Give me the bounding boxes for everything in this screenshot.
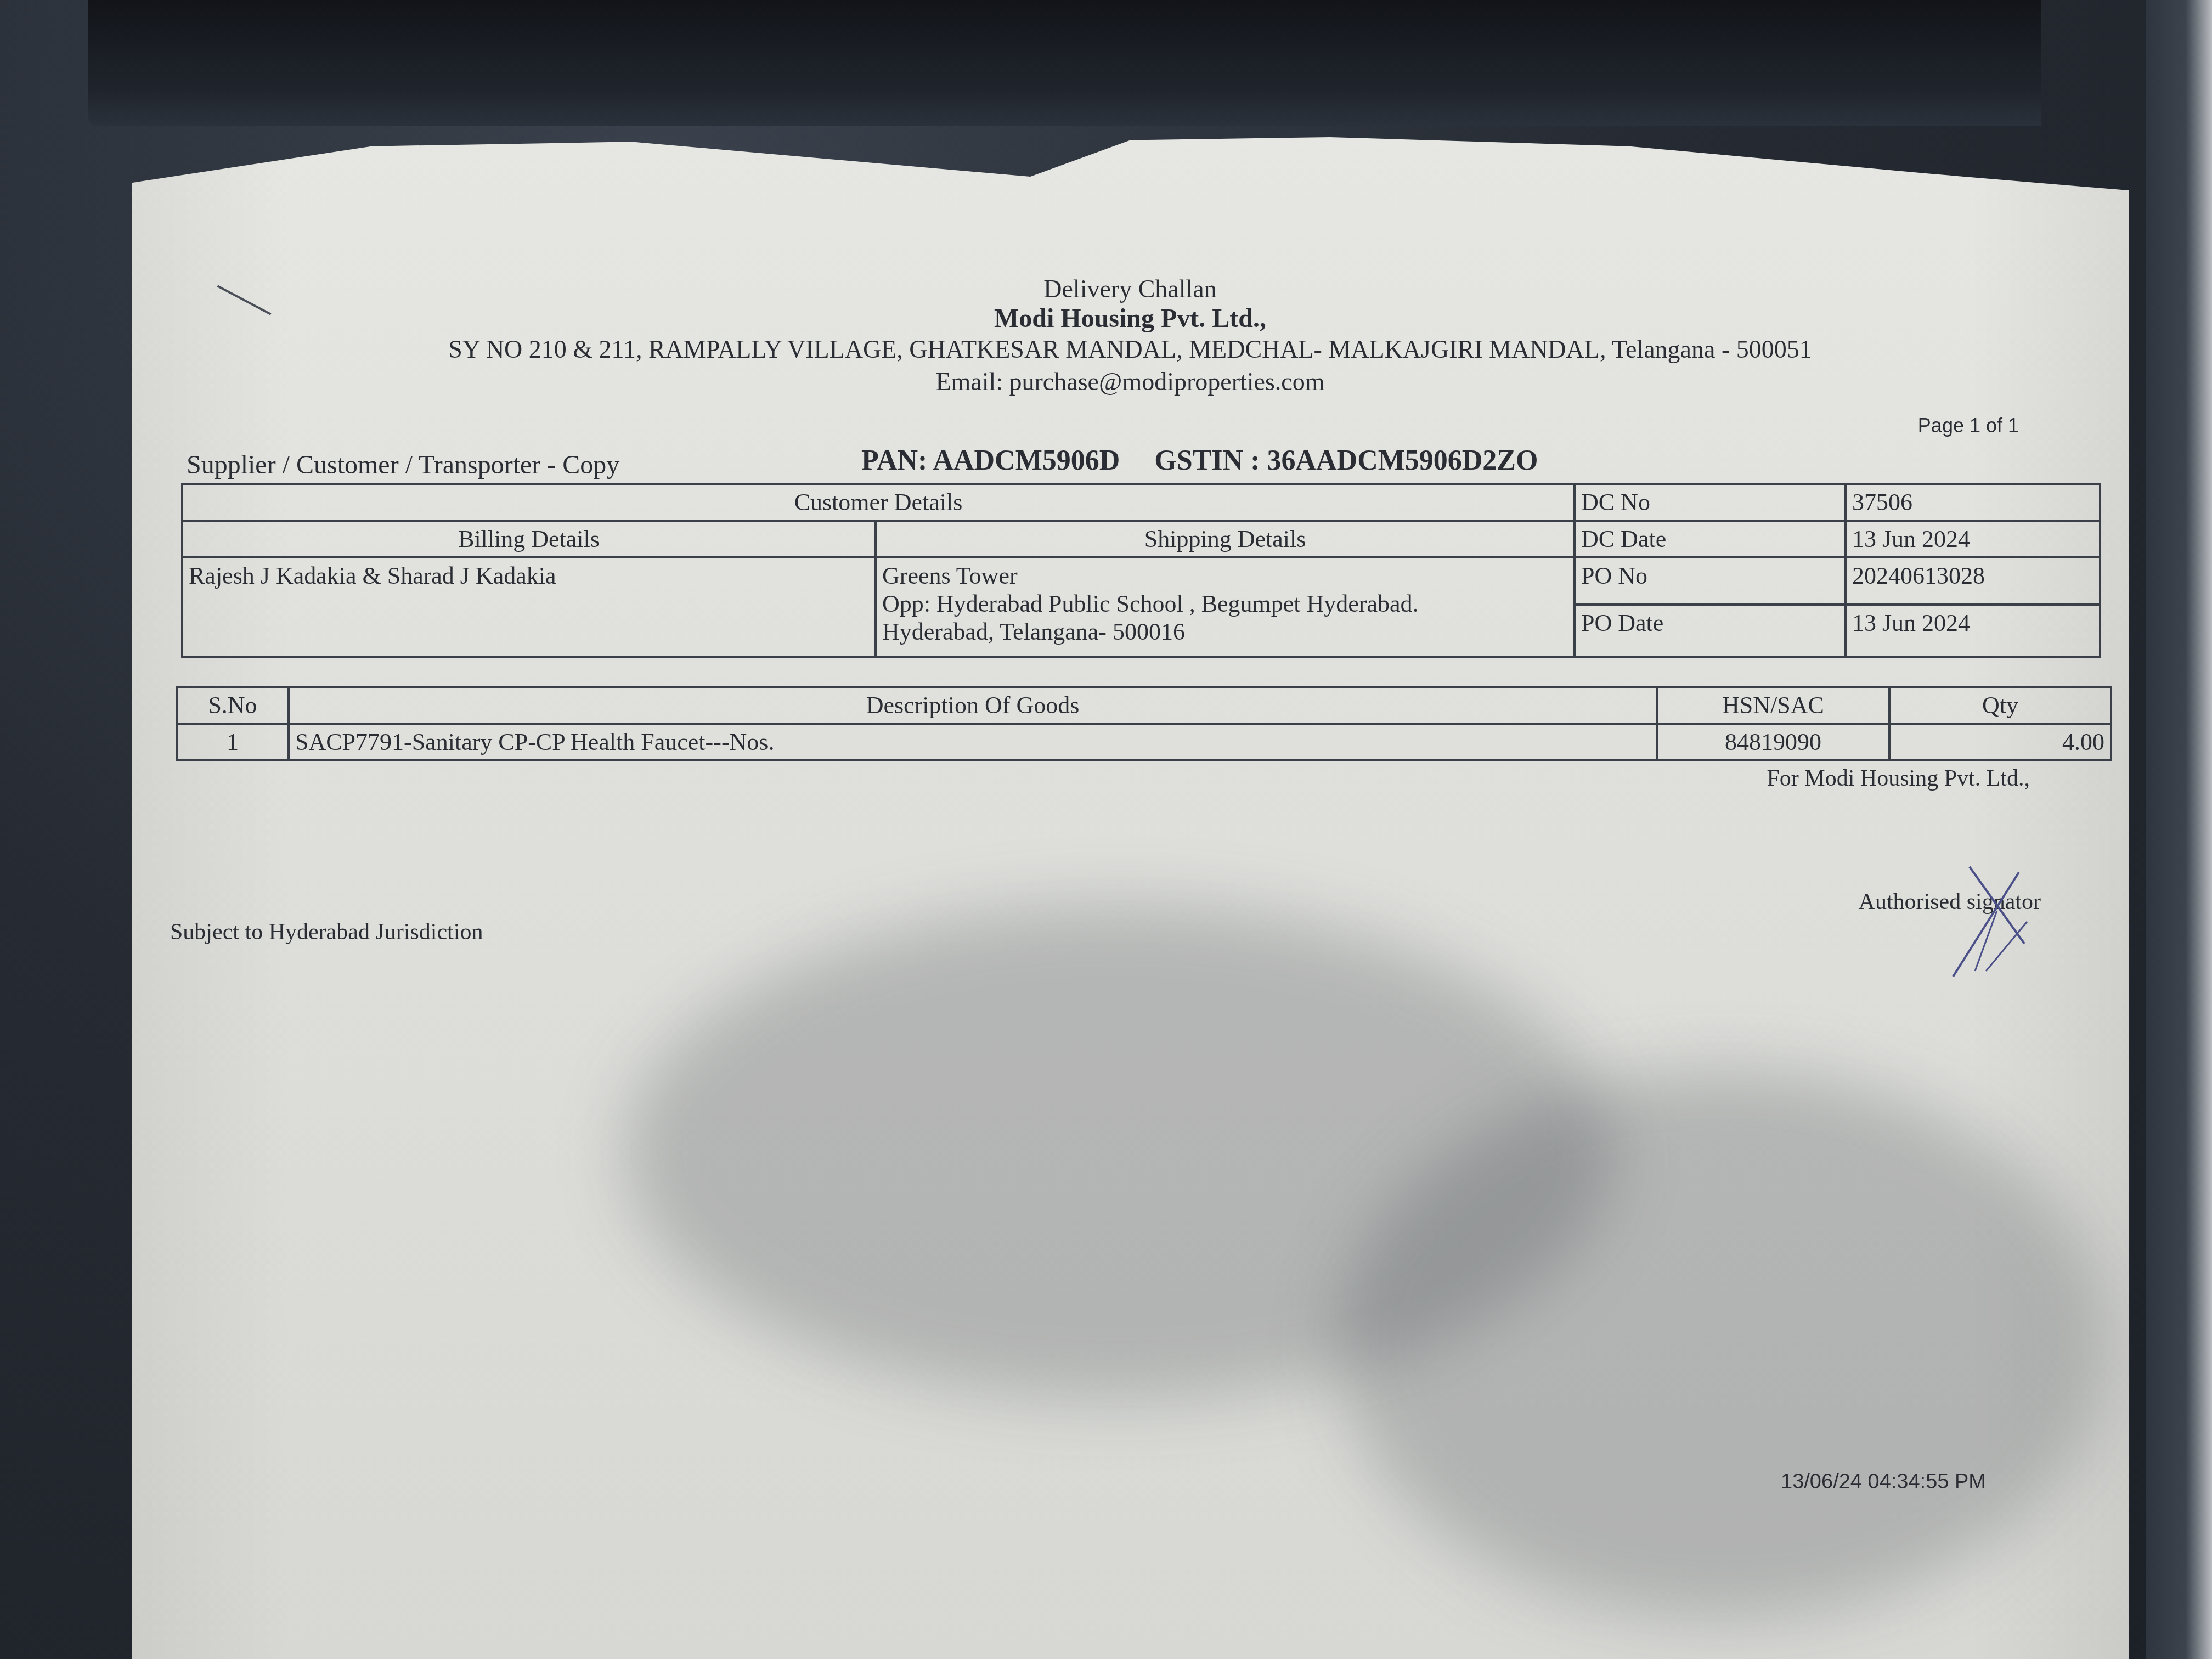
goods-table: S.No Description Of Goods HSN/SAC Qty 1 … — [176, 686, 2112, 761]
for-company-label: For Modi Housing Pvt. Ltd., — [1767, 765, 2030, 792]
printer-side-frame — [2146, 0, 2212, 1659]
po-date-label: PO Date — [1575, 605, 1846, 657]
shipping-address: Greens Tower Opp: Hyderabad Public Schoo… — [876, 557, 1575, 657]
dc-date-label: DC Date — [1575, 521, 1846, 557]
delivery-challan-paper: Delivery Challan Modi Housing Pvt. Ltd.,… — [132, 137, 2129, 1659]
customer-details-heading: Customer Details — [182, 484, 1575, 521]
page-number: Page 1 of 1 — [1918, 414, 2019, 437]
signature-icon — [1937, 861, 2046, 982]
row-description: SACP7791-Sanitary CP-CP Health Faucet---… — [289, 724, 1657, 760]
row-sno: 1 — [177, 724, 289, 760]
dc-no-value: 37506 — [1846, 484, 2100, 521]
copy-label: Supplier / Customer / Transporter - Copy — [187, 450, 619, 480]
po-no-value: 20240613028 — [1846, 557, 2100, 605]
tax-ids: PAN: AADCM5906D GSTIN : 36AADCM5906D2ZO — [861, 444, 1565, 477]
shipping-line: Opp: Hyderabad Public School , Begumpet … — [882, 590, 1568, 618]
shipping-line: Greens Tower — [882, 562, 1568, 590]
col-description: Description Of Goods — [289, 687, 1657, 724]
company-name: Modi Housing Pvt. Ltd., — [132, 303, 2129, 334]
pan-number: PAN: AADCM5906D — [861, 445, 1120, 476]
photo-scene: Delivery Challan Modi Housing Pvt. Ltd.,… — [0, 0, 2212, 1659]
po-no-label: PO No — [1575, 557, 1846, 605]
copy-line: Supplier / Customer / Transporter - Copy… — [187, 444, 2019, 483]
po-date-value: 13 Jun 2024 — [1846, 605, 2100, 657]
print-timestamp: 13/06/24 04:34:55 PM — [1781, 1470, 1986, 1494]
col-sno: S.No — [177, 687, 289, 724]
billing-name: Rajesh J Kadakia & Sharad J Kadakia — [182, 557, 876, 657]
printer-tray — [88, 0, 2041, 126]
document-header: Delivery Challan Modi Housing Pvt. Ltd.,… — [132, 274, 2129, 396]
shipping-line: Hyderabad, Telangana- 500016 — [882, 618, 1568, 646]
billing-details-heading: Billing Details — [182, 521, 876, 557]
goods-header-row: S.No Description Of Goods HSN/SAC Qty — [177, 687, 2111, 724]
dc-date-value: 13 Jun 2024 — [1846, 521, 2100, 557]
gstin-number: GSTIN : 36AADCM5906D2ZO — [1154, 445, 1538, 476]
company-address: SY NO 210 & 211, RAMPALLY VILLAGE, GHATK… — [132, 335, 2129, 364]
col-qty: Qty — [1889, 687, 2111, 724]
col-hsn: HSN/SAC — [1657, 687, 1889, 724]
dc-no-label: DC No — [1575, 484, 1846, 521]
document-title: Delivery Challan — [132, 274, 2129, 303]
document-content: Delivery Challan Modi Housing Pvt. Ltd.,… — [132, 137, 2129, 1659]
customer-details-table: Customer Details DC No 37506 Billing Det… — [181, 483, 2101, 658]
row-hsn: 84819090 — [1657, 724, 1889, 760]
shipping-details-heading: Shipping Details — [876, 521, 1575, 557]
table-row: 1 SACP7791-Sanitary CP-CP Health Faucet-… — [177, 724, 2111, 760]
row-qty: 4.00 — [1889, 724, 2111, 760]
company-email: Email: purchase@modiproperties.com — [132, 367, 2129, 396]
jurisdiction-note: Subject to Hyderabad Jurisdiction — [170, 919, 483, 945]
